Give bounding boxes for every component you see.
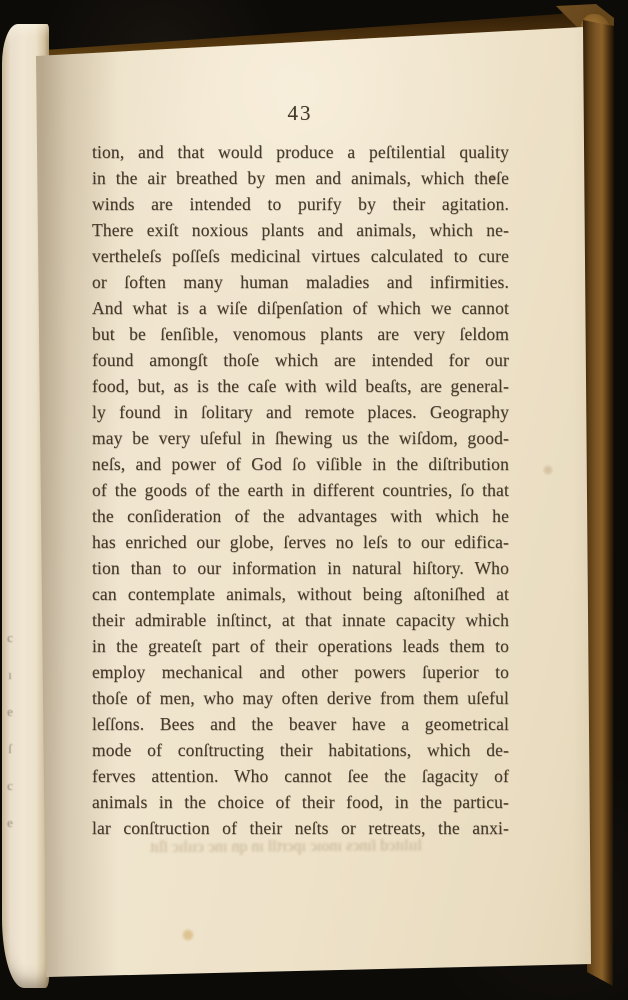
text-line: may be very uſeful in ſhewing us the wiſ…	[92, 425, 509, 451]
text-line: tion, and that would produce a peſtilent…	[92, 139, 509, 165]
text-line: vertheleſs poſſeſs medicinal virtues cal…	[92, 243, 509, 269]
text-line: can contemplate animals, without being a…	[92, 581, 509, 607]
text-line: thoſe of men, who may often derive from …	[92, 685, 509, 711]
text-line: winds are intended to purify by their ag…	[92, 191, 509, 217]
text-line: employ mechanical and other powers ſuper…	[92, 659, 509, 685]
text-line: neſs, and power of God ſo viſible in the…	[92, 451, 509, 477]
text-line: but be ſenſible, venomous plants are ver…	[92, 321, 509, 347]
photo-backdrop: c ı e ſ c e 43 tion, and that would prod…	[0, 0, 628, 1000]
text-line: tion than to our information in natural …	[92, 555, 509, 581]
page-number: 43	[92, 101, 508, 126]
showthrough-marks: c ı e ſ c e	[3, 619, 17, 841]
page-text: tion, and that would produce a peſtilent…	[92, 139, 509, 841]
text-line: And what is a wiſe diſpenſation of which…	[92, 295, 509, 321]
text-line: of the goods of the earth in different c…	[92, 477, 509, 503]
text-line: in the greateſt part of their operations…	[92, 633, 509, 659]
text-line: ferves attention. Who cannot ſee the ſag…	[92, 763, 509, 789]
text-line: has enriched our globe, ſerves no leſs t…	[92, 529, 509, 555]
text-line: food, but, as is the caſe with wild beaſ…	[92, 373, 509, 399]
text-line: There exiſt noxious plants and animals, …	[92, 217, 509, 243]
text-line: ly found in ſolitary and remote places. …	[92, 399, 509, 425]
text-line: the conſideration of the advantages with…	[92, 503, 509, 529]
text-line: mode of conſtructing their habitations, …	[92, 737, 509, 763]
text-line: found amongſt thoſe which are intended f…	[92, 347, 509, 373]
text-line: their admirable inſtinct, at that innate…	[92, 607, 509, 633]
text-line: in the air breathed by men and animals, …	[92, 165, 509, 191]
showthrough-text: lıılıtcd ſıncs ınoıc ıpcrtll ın qn ınc c…	[95, 837, 477, 858]
text-line: leſſons. Bees and the beaver have a geom…	[92, 711, 509, 737]
text-line: animals in the choice of their food, in …	[92, 789, 509, 815]
text-line: or ſoften many human maladies and infirm…	[92, 269, 509, 295]
